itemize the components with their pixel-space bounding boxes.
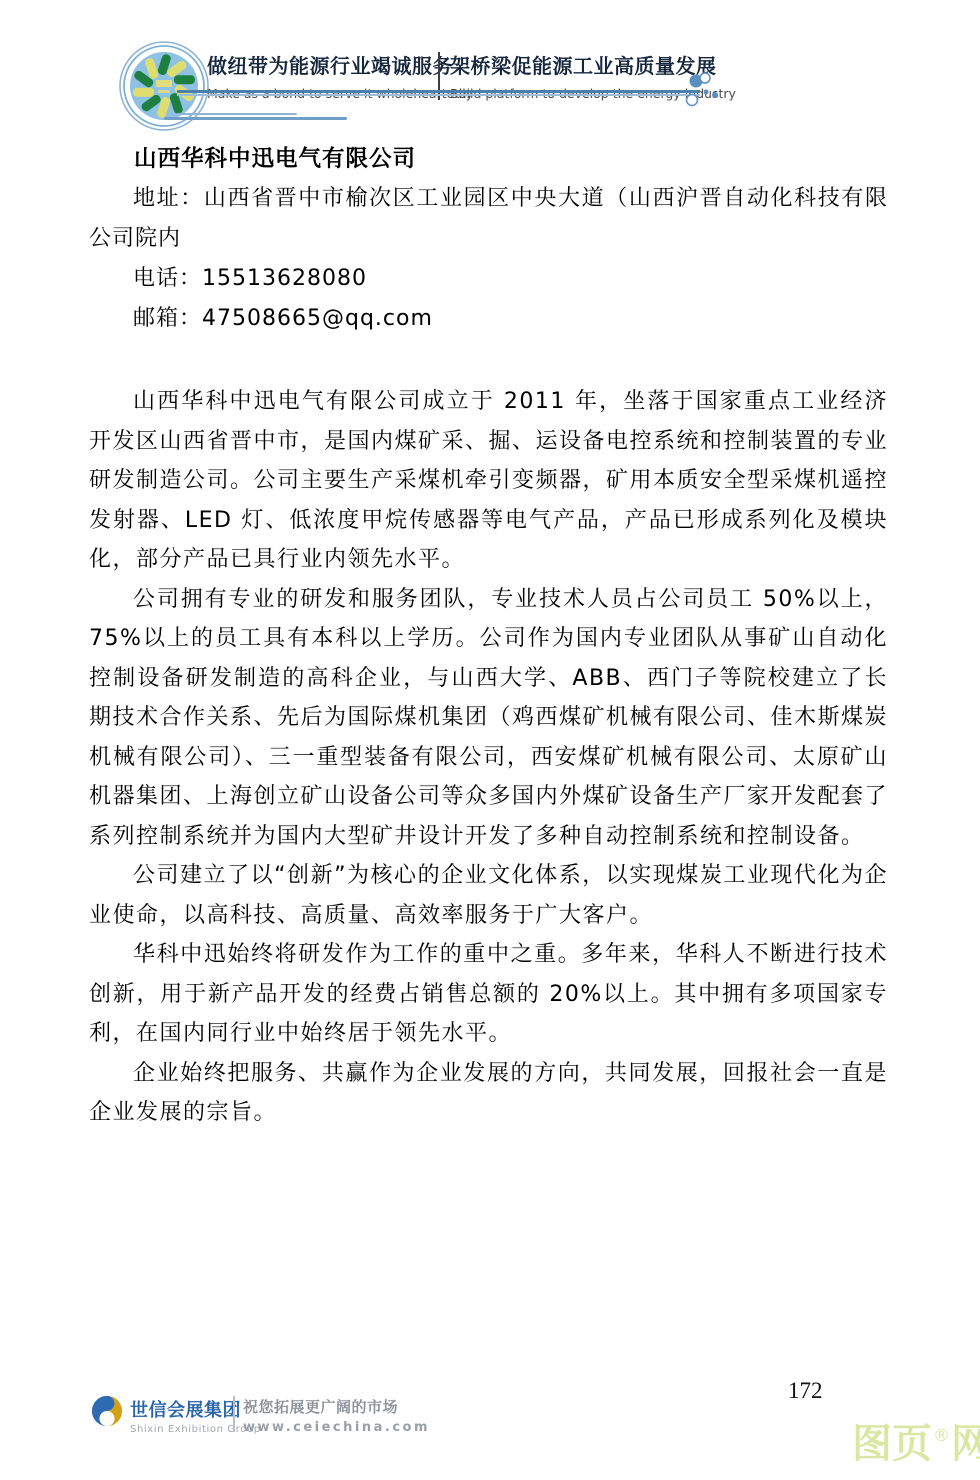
paragraph: 公司建立了以“创新”为核心的企业文化体系，以实现煤炭工业现代化为企业使命，以高科… [89,856,888,935]
energy-association-logo-icon [114,40,218,138]
footer-brand: 世信会展集团 Shixin Exhibition Group [130,1396,261,1435]
watermark: 图页®网 [852,1424,980,1464]
paragraph: 公司拥有专业的研发和服务团队，专业技术人员占公司员工 50%以上，75%以上的员… [89,580,888,857]
company-phone-line: 电话：15513628080 [89,259,888,299]
header-rule-line-light [177,94,700,96]
document-page: 做纽带为能源行业竭诚服务 Make as a bond to serve it … [0,0,980,1480]
header-tail-line-lower [164,117,347,120]
header-rule-line [177,90,700,93]
address-label: 地址： [133,186,204,211]
paragraph: 山西华科中迅电气有限公司成立于 2011 年，坐落于国家重点工业经济开发区山西省… [89,382,888,580]
address-value: 山西省晋中市榆次区工业园区中央大道（山西沪晋自动化科技有限公司院内 [89,186,888,251]
paragraph: 企业始终把服务、共赢作为企业发展的方向，共同发展，回报社会一直是企业发展的宗旨。 [89,1054,888,1133]
slogan-1-chinese: 做纽带为能源行业竭诚服务 [207,50,473,79]
footer-website: www.ceiechina.com [243,1420,430,1435]
company-address-line: 地址：山西省晋中市榆次区工业园区中央大道（山西沪晋自动化科技有限公司院内 [89,179,888,259]
footer-tagline-block: 祝您拓展更广阔的市场 www.ceiechina.com [243,1396,430,1435]
email-label: 邮箱： [133,306,202,331]
phone-value: 15513628080 [202,266,367,291]
header-tail-line-upper [176,113,297,115]
footer-brand-chinese: 世信会展集团 [130,1396,261,1422]
main-content: 山西华科中迅电气有限公司 地址：山西省晋中市榆次区工业园区中央大道（山西沪晋自动… [89,139,888,1133]
email-value: 47508665@qq.com [202,306,433,331]
shixin-yinyang-logo-icon [90,1394,124,1428]
footer-slogan: 祝您拓展更广阔的市场 [243,1396,430,1417]
company-name: 山西华科中迅电气有限公司 [89,139,888,179]
company-email-line: 邮箱：47508665@qq.com [89,299,888,339]
footer-divider [233,1396,235,1432]
page-number: 172 [788,1378,823,1404]
header-decor-dots-icon [683,68,727,112]
company-profile-text: 山西华科中迅电气有限公司成立于 2011 年，坐落于国家重点工业经济开发区山西省… [89,382,888,1133]
phone-label: 电话： [133,266,202,291]
footer-brand-english: Shixin Exhibition Group [130,1424,261,1435]
watermark-text-right: 网 [951,1421,980,1467]
watermark-text-left: 图页 [852,1421,932,1467]
paragraph: 华科中迅始终将研发作为工作的重中之重。多年来，华科人不断进行技术创新，用于新产品… [89,935,888,1054]
registered-trademark-icon: ® [933,1428,950,1445]
